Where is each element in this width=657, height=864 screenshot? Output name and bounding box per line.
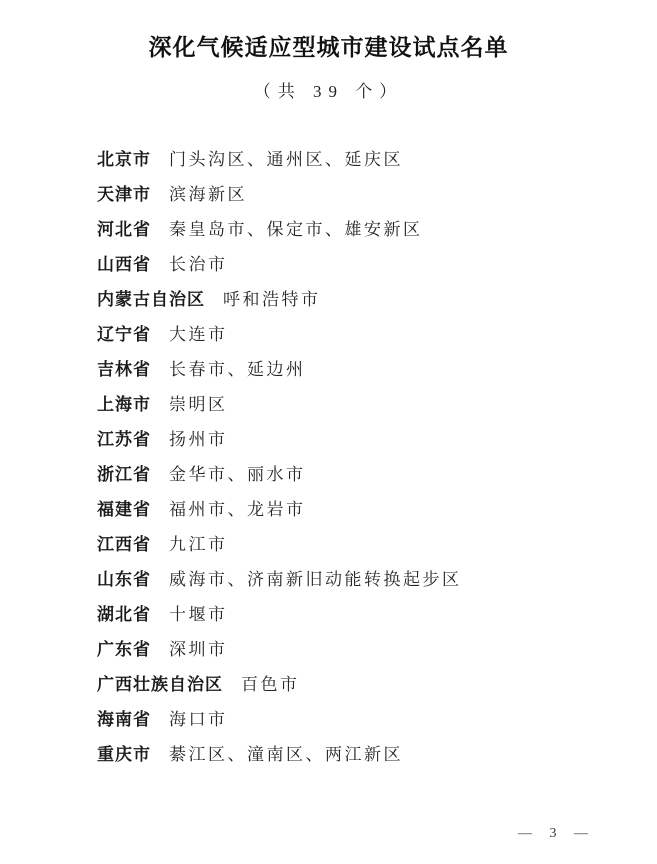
region-name: 山西省 xyxy=(97,255,151,274)
list-item: 山东省威海市、济南新旧动能转换起步区 xyxy=(97,562,657,597)
region-name: 江西省 xyxy=(97,535,151,554)
region-cities: 长治市 xyxy=(169,255,228,274)
region-cities: 大连市 xyxy=(169,325,228,344)
pilot-list: 北京市门头沟区、通州区、延庆区 天津市滨海新区 河北省秦皇岛市、保定市、雄安新区… xyxy=(97,142,657,772)
region-cities: 百色市 xyxy=(241,675,300,694)
list-item: 江西省九江市 xyxy=(97,527,657,562)
region-cities: 綦江区、潼南区、两江新区 xyxy=(169,745,403,764)
list-item: 广西壮族自治区百色市 xyxy=(97,667,657,702)
region-name: 广东省 xyxy=(97,640,151,659)
region-name: 福建省 xyxy=(97,500,151,519)
list-item: 山西省长治市 xyxy=(97,247,657,282)
page-number: — 3 — xyxy=(518,826,595,842)
list-item: 海南省海口市 xyxy=(97,702,657,737)
list-item: 吉林省长春市、延边州 xyxy=(97,352,657,387)
list-item: 河北省秦皇岛市、保定市、雄安新区 xyxy=(97,212,657,247)
region-name: 上海市 xyxy=(97,395,151,414)
region-cities: 扬州市 xyxy=(169,430,228,449)
region-cities: 深圳市 xyxy=(169,640,228,659)
list-item: 北京市门头沟区、通州区、延庆区 xyxy=(97,142,657,177)
list-item: 湖北省十堰市 xyxy=(97,597,657,632)
list-item: 福建省福州市、龙岩市 xyxy=(97,492,657,527)
region-cities: 威海市、济南新旧动能转换起步区 xyxy=(169,570,462,589)
region-name: 浙江省 xyxy=(97,465,151,484)
region-name: 山东省 xyxy=(97,570,151,589)
list-item: 辽宁省大连市 xyxy=(97,317,657,352)
region-name: 湖北省 xyxy=(97,605,151,624)
list-item: 重庆市綦江区、潼南区、两江新区 xyxy=(97,737,657,772)
region-cities: 福州市、龙岩市 xyxy=(169,500,306,519)
list-item: 浙江省金华市、丽水市 xyxy=(97,457,657,492)
region-name: 广西壮族自治区 xyxy=(97,675,223,694)
region-name: 内蒙古自治区 xyxy=(97,290,205,309)
region-name: 天津市 xyxy=(97,185,151,204)
list-item: 天津市滨海新区 xyxy=(97,177,657,212)
region-cities: 门头沟区、通州区、延庆区 xyxy=(169,150,403,169)
region-cities: 崇明区 xyxy=(169,395,228,414)
list-item: 江苏省扬州市 xyxy=(97,422,657,457)
region-cities: 长春市、延边州 xyxy=(169,360,306,379)
region-name: 河北省 xyxy=(97,220,151,239)
region-cities: 呼和浩特市 xyxy=(223,290,321,309)
region-cities: 海口市 xyxy=(169,710,228,729)
region-name: 海南省 xyxy=(97,710,151,729)
region-cities: 九江市 xyxy=(169,535,228,554)
document-page: 深化气候适应型城市建设试点名单 （共 39 个） 北京市门头沟区、通州区、延庆区… xyxy=(0,0,657,864)
list-item: 广东省深圳市 xyxy=(97,632,657,667)
region-name: 吉林省 xyxy=(97,360,151,379)
region-cities: 金华市、丽水市 xyxy=(169,465,306,484)
document-subtitle: （共 39 个） xyxy=(0,82,657,102)
region-cities: 十堰市 xyxy=(169,605,228,624)
document-title: 深化气候适应型城市建设试点名单 xyxy=(0,33,657,61)
region-name: 重庆市 xyxy=(97,745,151,764)
region-name: 江苏省 xyxy=(97,430,151,449)
list-item: 上海市崇明区 xyxy=(97,387,657,422)
region-cities: 滨海新区 xyxy=(169,185,247,204)
list-item: 内蒙古自治区呼和浩特市 xyxy=(97,282,657,317)
region-name: 辽宁省 xyxy=(97,325,151,344)
region-name: 北京市 xyxy=(97,150,151,169)
region-cities: 秦皇岛市、保定市、雄安新区 xyxy=(169,220,423,239)
